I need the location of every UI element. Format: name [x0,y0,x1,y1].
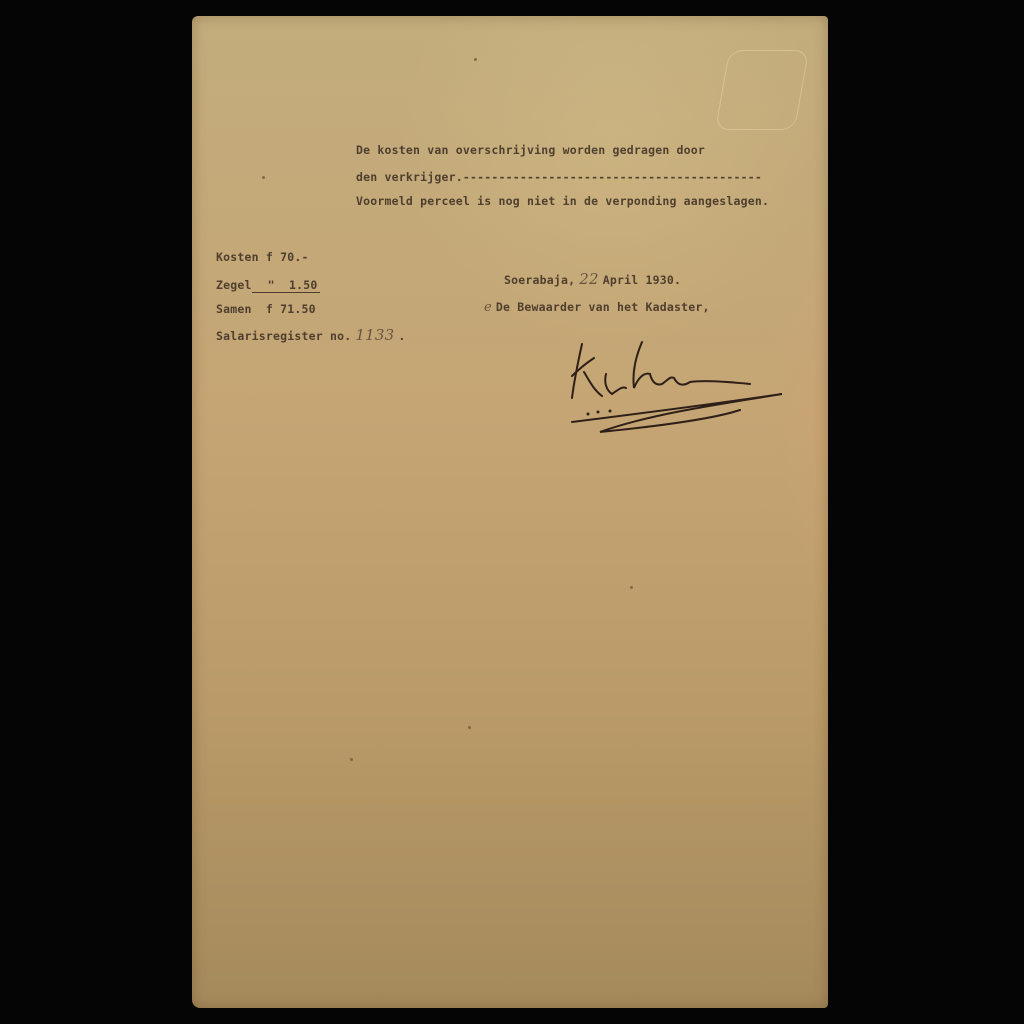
paper-speck [262,176,265,179]
paper-speck [474,58,477,61]
embossed-seal-icon [715,50,809,130]
place: Soerabaja, [504,273,575,287]
signature-icon [560,332,800,442]
zegel-label: Zegel [216,278,252,292]
signatory-title-row: e De Bewaarder van het Kadaster, [484,298,710,316]
signatory-mark: e [484,300,492,315]
costs-kosten: Kosten f 70.- [216,250,309,264]
costs-zegel-row: Zegel" 1.50 [216,276,320,294]
costs-samen: Samen f 71.50 [216,302,316,316]
body-line-2: den verkrijger.-------------------------… [356,170,762,184]
register-row: Salarisregister no. 1133 . [216,326,405,345]
paper-speck [468,726,471,729]
signatory-title: De Bewaarder van het Kadaster, [496,300,710,314]
date-day: 22 [579,270,599,288]
zegel-value: " 1.50 [252,278,320,293]
paper-speck [630,586,633,589]
body-line-1: De kosten van overschrijving worden gedr… [356,143,705,157]
place-date: Soerabaja, 22 April 1930. [504,270,681,289]
body-line-3: Voormeld perceel is nog niet in de verpo… [356,194,769,208]
date-rest: April 1930. [603,273,681,287]
register-number: 1133 [355,326,394,344]
paper-speck [350,758,353,761]
document-page [192,16,828,1008]
register-label: Salarisregister no. [216,329,351,343]
